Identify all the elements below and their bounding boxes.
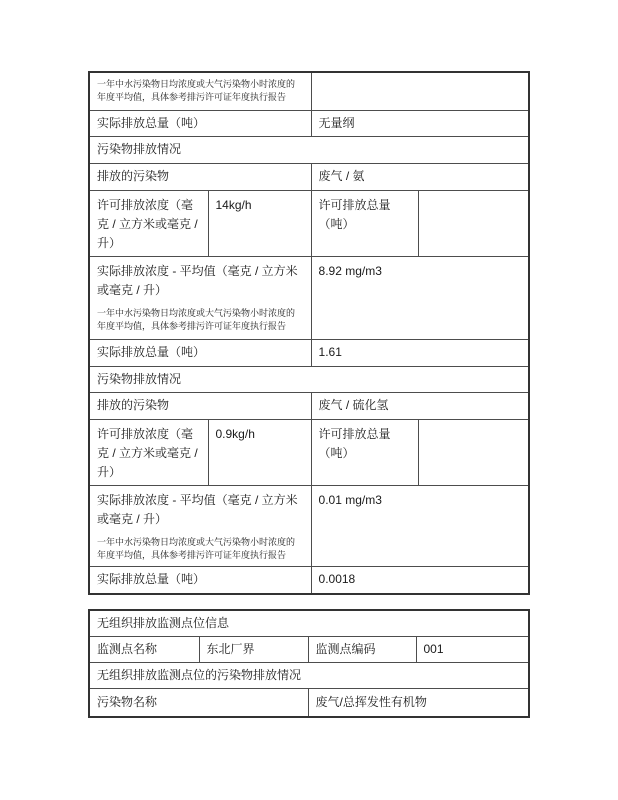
actual-total-label-1: 实际排放总量（吨） [89, 339, 311, 366]
permitted-concentration-label-1: 许可排放浓度（毫克 / 立方米或毫克 / 升） [89, 190, 208, 256]
permitted-concentration-value-1: 14kg/h [208, 190, 311, 256]
carryover-empty-cell [311, 72, 529, 110]
monitoring-table-title: 无组织排放监测点位信息 [89, 610, 529, 637]
permitted-concentration-value-2: 0.9kg/h [208, 419, 311, 485]
permitted-concentration-label-2: 许可排放浓度（毫克 / 立方米或毫克 / 升） [89, 419, 208, 485]
actual-concentration-value-1: 8.92 mg/m3 [311, 256, 529, 339]
monitoring-point-code-label: 监测点编码 [308, 637, 416, 663]
carryover-actual-total-value: 无量纲 [311, 110, 529, 136]
monitoring-pollutant-name-label: 污染物名称 [89, 689, 308, 717]
actual-total-value-1: 1.61 [311, 339, 529, 366]
carryover-note-cell: 一年中水污染物日均浓度或大气污染物小时浓度的年度平均值，具体参考排污许可证年度执… [89, 72, 311, 110]
actual-total-value-2: 0.0018 [311, 566, 529, 594]
actual-total-label-2: 实际排放总量（吨） [89, 566, 311, 594]
section-header-pollutant-1: 污染物排放情况 [89, 136, 529, 163]
emitted-pollutant-value-1: 废气 / 氨 [311, 163, 529, 190]
actual-concentration-label-2: 实际排放浓度 - 平均值（毫克 / 立方米或毫克 / 升） [97, 491, 304, 529]
emitted-pollutant-value-2: 废气 / 硫化氢 [311, 392, 529, 419]
pollutant-emission-table: 一年中水污染物日均浓度或大气污染物小时浓度的年度平均值，具体参考排污许可证年度执… [88, 71, 530, 595]
monitoring-section-header: 无组织排放监测点位的污染物排放情况 [89, 663, 529, 689]
permitted-total-label-1: 许可排放总量（吨） [311, 190, 418, 256]
annual-average-note-2: 一年中水污染物日均浓度或大气污染物小时浓度的年度平均值，具体参考排污许可证年度执… [97, 536, 304, 562]
monitoring-point-table: 无组织排放监测点位信息 监测点名称 东北厂界 监测点编码 001 无组织排放监测… [88, 609, 530, 718]
permitted-total-label-2: 许可排放总量（吨） [311, 419, 418, 485]
actual-concentration-value-2: 0.01 mg/m3 [311, 485, 529, 566]
carryover-actual-total-label: 实际排放总量（吨） [89, 110, 311, 136]
annual-average-note-1: 一年中水污染物日均浓度或大气污染物小时浓度的年度平均值，具体参考排污许可证年度执… [97, 307, 304, 333]
monitoring-point-name-label: 监测点名称 [89, 637, 199, 663]
monitoring-pollutant-name-value: 废气/总挥发性有机物 [308, 689, 529, 717]
emitted-pollutant-label-2: 排放的污染物 [89, 392, 311, 419]
actual-concentration-cell-2: 实际排放浓度 - 平均值（毫克 / 立方米或毫克 / 升） 一年中水污染物日均浓… [89, 485, 311, 566]
monitoring-point-name-value: 东北厂界 [199, 637, 308, 663]
actual-concentration-label-1: 实际排放浓度 - 平均值（毫克 / 立方米或毫克 / 升） [97, 262, 304, 300]
monitoring-point-code-value: 001 [416, 637, 529, 663]
actual-concentration-cell-1: 实际排放浓度 - 平均值（毫克 / 立方米或毫克 / 升） 一年中水污染物日均浓… [89, 256, 311, 339]
document-page: 一年中水污染物日均浓度或大气污染物小时浓度的年度平均值，具体参考排污许可证年度执… [0, 0, 618, 800]
emitted-pollutant-label-1: 排放的污染物 [89, 163, 311, 190]
annual-average-note: 一年中水污染物日均浓度或大气污染物小时浓度的年度平均值，具体参考排污许可证年度执… [97, 78, 304, 104]
section-header-pollutant-2: 污染物排放情况 [89, 366, 529, 392]
permitted-total-value-1 [418, 190, 529, 256]
permitted-total-value-2 [418, 419, 529, 485]
